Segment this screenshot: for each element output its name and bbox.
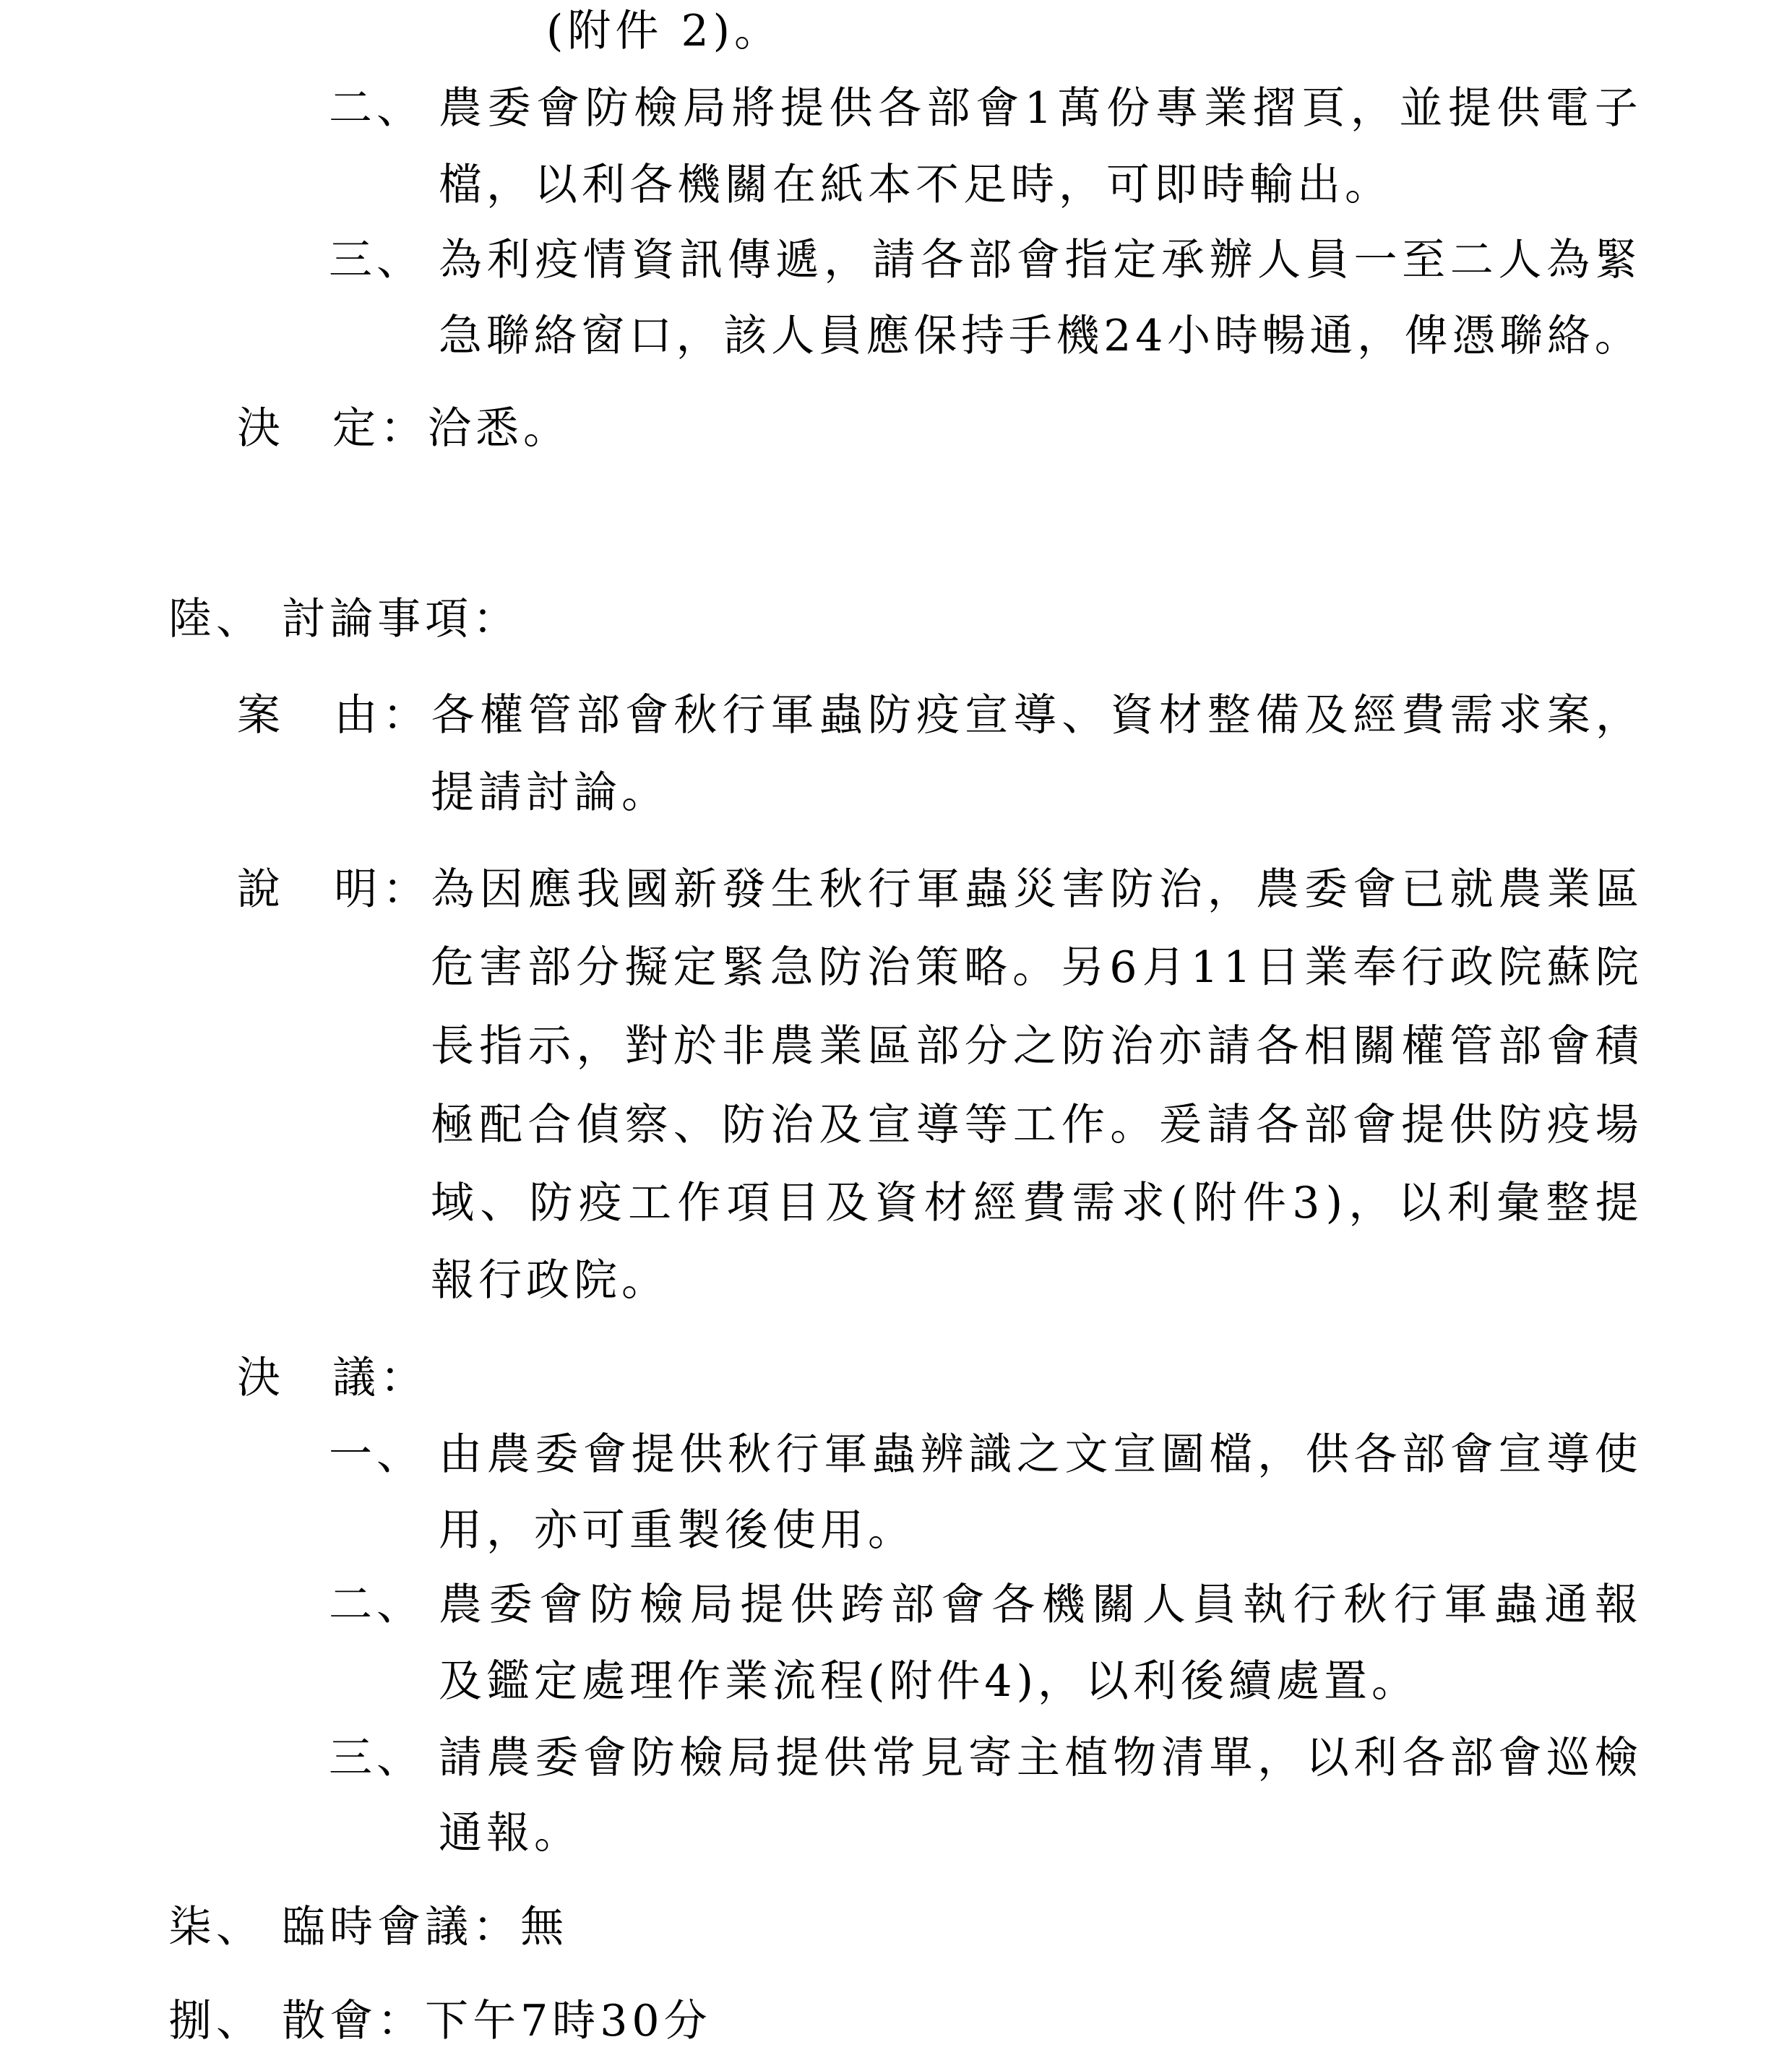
- text-line: 極配合偵察、防治及宣導等工作。爰請各部會提供防疫場: [431, 1100, 1639, 1150]
- text-line: 農委會防檢局將提供各部會1萬份專業摺頁，並提供電子: [439, 83, 1638, 134]
- text-line: 檔，以利各機關在紙本不足時，可即時輸出。: [439, 160, 1392, 210]
- text-line: 急聯絡窗口，該人員應保持手機24小時暢通，俾憑聯絡。: [439, 311, 1638, 361]
- text-line: 決 議：: [237, 1353, 428, 1403]
- text-line: 通報。: [439, 1808, 582, 1859]
- text-line: 二、: [329, 83, 424, 134]
- text-line: 案 由：各權管部會秋行軍蟲防疫宣導、資材整備及經費需求案，: [237, 690, 1639, 741]
- text-line: 三、: [329, 1733, 424, 1783]
- text-line: 二、: [329, 1580, 424, 1630]
- text-line: 提請討論。: [431, 767, 669, 818]
- text-line: 三、: [329, 235, 424, 285]
- text-line: 請農委會防檢局提供常見寄主植物清單，以利各部會巡檢: [439, 1733, 1638, 1783]
- text-line: 由農委會提供秋行軍蟲辨識之文宣圖檔，供各部會宣導使: [439, 1429, 1638, 1480]
- text-line: 用，亦可重製後使用。: [439, 1505, 916, 1556]
- text-line: (附件 2)。: [546, 6, 782, 56]
- text-line: 為利疫情資訊傳遞，請各部會指定承辦人員一至二人為緊: [439, 235, 1638, 285]
- text-line: 危害部分擬定緊急防治策略。另6月11日業奉行政院蘇院: [431, 942, 1639, 993]
- text-line: 柒、 臨時會議：無: [168, 1902, 568, 1952]
- text-line: 農委會防檢局提供跨部會各機關人員執行秋行軍蟲通報: [439, 1580, 1638, 1630]
- text-line: 及鑑定處理作業流程(附件4)，以利後續處置。: [439, 1656, 1419, 1707]
- text-line: 報行政院。: [431, 1255, 669, 1306]
- text-line: 域、防疫工作項目及資材經費需求(附件3)，以利彙整提: [431, 1178, 1639, 1228]
- text-line: 陸、 討論事項：: [168, 594, 520, 645]
- text-line: 說 明：為因應我國新發生秋行軍蟲災害防治，農委會已就農業區: [237, 864, 1639, 915]
- text-line: 長指示，對於非農業區部分之防治亦請各相關權管部會積: [431, 1021, 1639, 1072]
- text-line: 決 定：洽悉。: [237, 403, 571, 454]
- text-line: 一、: [329, 1429, 424, 1480]
- text-line: 捌、 散會：下午7時30分: [168, 1996, 712, 2046]
